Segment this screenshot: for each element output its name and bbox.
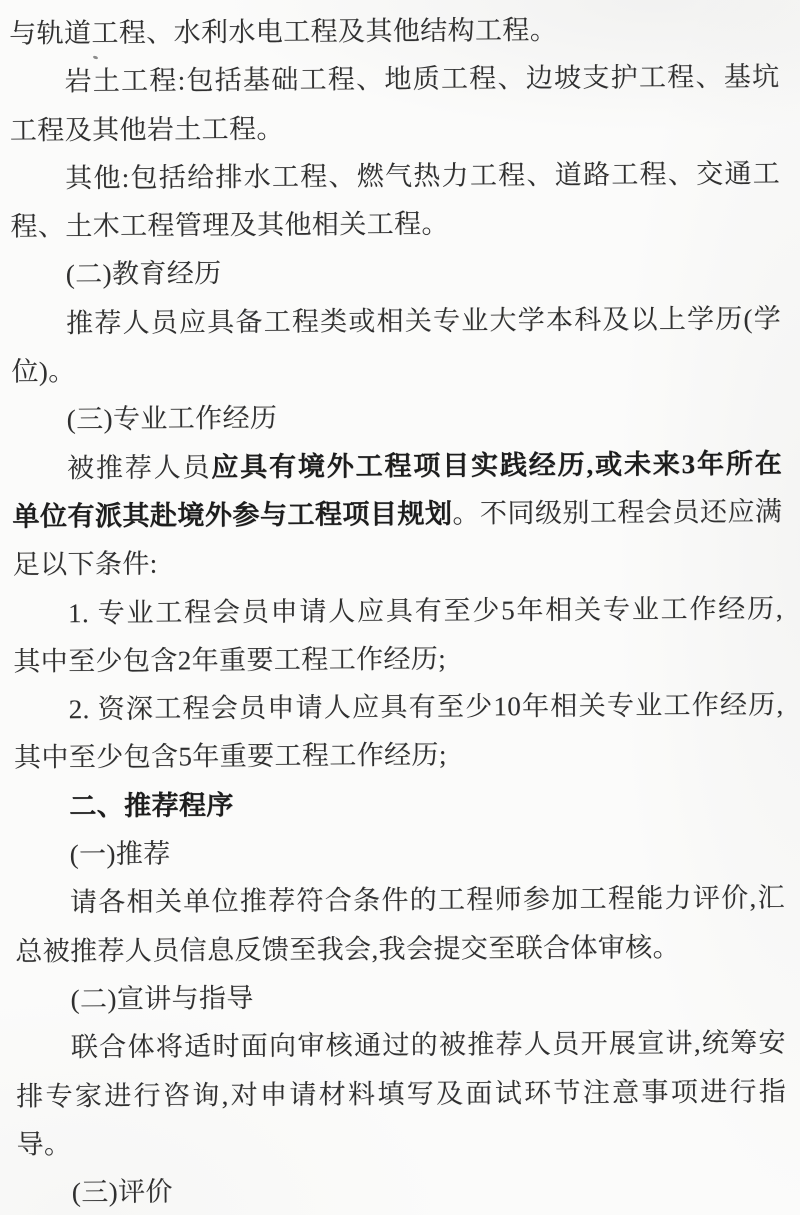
line-senior-member-2: 其中至少包含5年重要工程工作经历; bbox=[14, 729, 784, 782]
line-briefing-2: 排专家进行咨询,对申请材料填写及面试环节注意事项进行指 bbox=[16, 1067, 786, 1120]
line-text: 1. 专业工程会员申请人应具有至少5年相关专业工作经历, bbox=[68, 593, 783, 628]
line-text: 工程及其他岩土工程。 bbox=[10, 113, 284, 145]
line-structural-continuation: 与轨道工程、水利水电工程及其他结构工程。 bbox=[9, 4, 779, 57]
line-senior-member-1: 2. 资深工程会员申请人应具有至少10年相关专业工作经历, bbox=[14, 681, 784, 734]
line-text: 总被推荐人员信息反馈至我会,我会提交至联合体审核。 bbox=[15, 932, 680, 966]
line-professional-member-2: 其中至少包含2年重要工程工作经历; bbox=[13, 632, 783, 685]
line-text: 位)。 bbox=[11, 356, 75, 386]
heading-text-bold: 二、推荐程序 bbox=[69, 790, 234, 821]
line-recommend-1: 请各相关单位推荐符合条件的工程师参加工程能力评价,汇 bbox=[15, 874, 785, 927]
heading-text: (二)宣讲与指导 bbox=[70, 983, 253, 1014]
heading-professional-experience: (三)专业工作经历 bbox=[12, 391, 782, 444]
heading-evaluation: (三)评价 bbox=[17, 1164, 787, 1215]
line-text: 联合体将适时面向审核通过的被推荐人员开展宣讲,统筹安 bbox=[71, 1028, 786, 1063]
document-content: 与轨道工程、水利水电工程及其他结构工程。 岩土工程:包括基础工程、地质工程、边坡… bbox=[0, 0, 800, 1215]
line-recommend-2: 总被推荐人员信息反馈至我会,我会提交至联合体审核。 bbox=[15, 922, 785, 975]
line-text: 岩土工程:包括基础工程、地质工程、边坡支护工程、基坑 bbox=[64, 62, 779, 97]
heading-text: (三)评价 bbox=[72, 1177, 173, 1208]
line-professional-member-1: 1. 专业工程会员申请人应具有至少5年相关专业工作经历, bbox=[13, 584, 783, 637]
line-education-1: 推荐人员应具备工程类或相关专业大学本科及以上学历(学 bbox=[11, 294, 781, 347]
line-text: 其他:包括给排水工程、燃气热力工程、道路工程、交通工 bbox=[65, 158, 780, 193]
line-others-1: 其他:包括给排水工程、燃气热力工程、道路工程、交通工 bbox=[10, 149, 780, 202]
document-page: 与轨道工程、水利水电工程及其他结构工程。 岩土工程:包括基础工程、地质工程、边坡… bbox=[0, 0, 800, 1215]
line-text: 其中至少包含5年重要工程工作经历; bbox=[14, 740, 447, 773]
line-briefing-3: 导。 bbox=[16, 1115, 786, 1168]
line-text: 推荐人员应具备工程类或相关专业大学本科及以上学历(学 bbox=[66, 303, 781, 338]
line-text: 2. 资深工程会员申请人应具有至少10年相关专业工作经历, bbox=[69, 690, 784, 725]
heading-text: (二)教育经历 bbox=[66, 259, 222, 290]
line-text: 。不同级别工程会员还应满 bbox=[452, 496, 782, 528]
heading-text: (三)专业工作经历 bbox=[67, 403, 278, 434]
line-text: 与轨道工程、水利水电工程及其他结构工程。 bbox=[9, 15, 557, 49]
line-experience-requirement-2: 单位有派其赴境外参与工程项目规划。不同级别工程会员还应满 bbox=[12, 487, 782, 540]
heading-recommend: (一)推荐 bbox=[14, 826, 784, 879]
line-text: 足以下条件: bbox=[13, 549, 158, 580]
line-experience-requirement-3: 足以下条件: bbox=[13, 536, 783, 589]
line-others-2: 程、土木工程管理及其他相关工程。 bbox=[10, 198, 780, 251]
line-geotech-2: 工程及其他岩土工程。 bbox=[10, 101, 780, 154]
line-text: 排专家进行咨询,对申请材料填写及面试环节注意事项进行指 bbox=[16, 1076, 786, 1111]
line-text: 导。 bbox=[16, 1129, 71, 1159]
line-text: 被推荐人员 bbox=[67, 452, 211, 483]
line-text: 请各相关单位推荐符合条件的工程师参加工程能力评价,汇 bbox=[70, 883, 785, 918]
line-experience-requirement-1: 被推荐人员应具有境外工程项目实践经历,或未来3年所在 bbox=[12, 439, 782, 492]
heading-text: (一)推荐 bbox=[70, 839, 171, 870]
line-text-bold: 应具有境外工程项目实践经历,或未来3年所在 bbox=[211, 448, 782, 482]
line-text-bold: 单位有派其赴境外参与工程项目规划 bbox=[12, 499, 452, 532]
heading-briefing-guidance: (二)宣讲与指导 bbox=[15, 970, 785, 1023]
line-text: 其中至少包含2年重要工程工作经历; bbox=[13, 644, 446, 677]
line-briefing-1: 联合体将适时面向审核通过的被推荐人员开展宣讲,统筹安 bbox=[16, 1019, 786, 1072]
line-text: 程、土木工程管理及其他相关工程。 bbox=[10, 209, 449, 242]
line-geotech-1: 岩土工程:包括基础工程、地质工程、边坡支护工程、基坑 bbox=[9, 53, 779, 106]
heading-education-history: (二)教育经历 bbox=[11, 246, 781, 299]
line-education-2: 位)。 bbox=[11, 343, 781, 396]
heading-recommendation-procedure: 二、推荐程序 bbox=[14, 777, 784, 830]
